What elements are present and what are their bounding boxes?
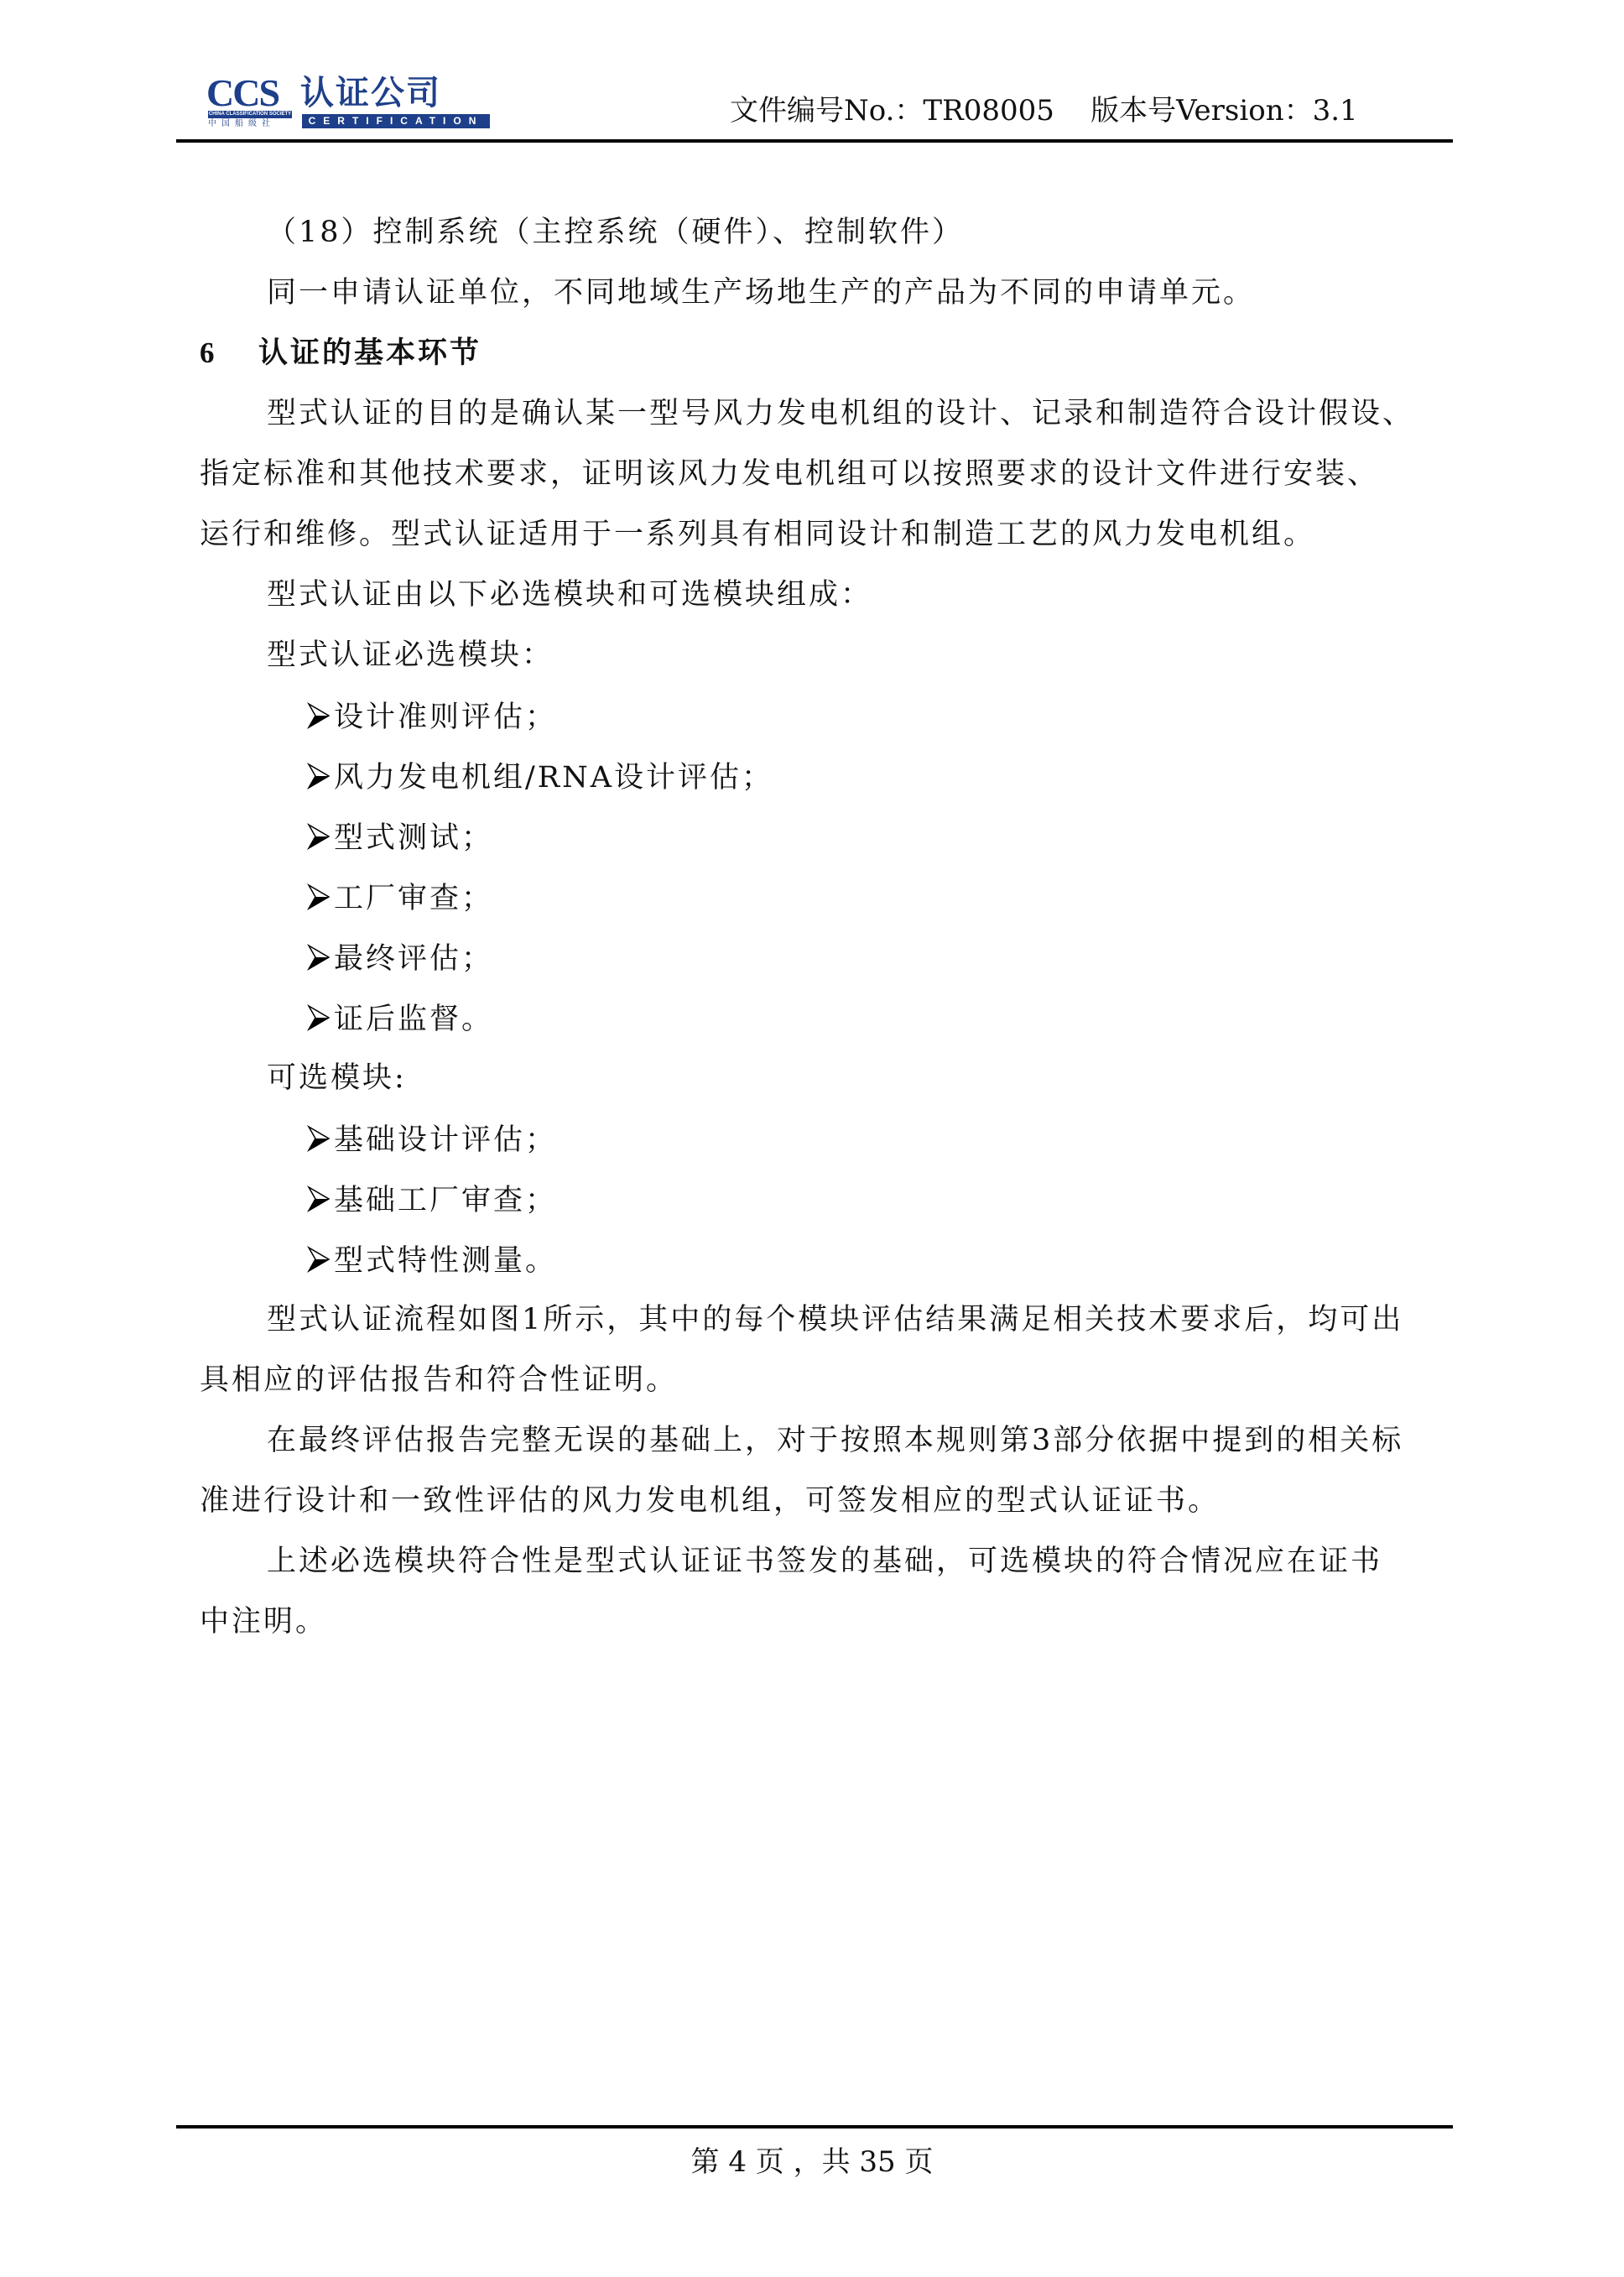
arrow-bullet-icon — [307, 701, 331, 730]
arrow-bullet-icon — [307, 1185, 331, 1213]
paragraph-line: 中注明。 — [200, 1604, 327, 1639]
footer-divider — [176, 2125, 1453, 2128]
optional-item: 基础设计评估； — [307, 1123, 557, 1158]
section-heading: 6认证的基本环节 — [200, 336, 481, 371]
mandatory-item: 最终评估； — [307, 941, 493, 977]
paragraph-line: 运行和维修。型式认证适用于一系列具有相同设计和制造工艺的风力发电机组。 — [200, 517, 1315, 552]
paragraph-line: 型式认证流程如图1所示，其中的每个模块评估结果满足相关技术要求后，均可出 — [267, 1302, 1403, 1337]
logo-company-cn: 认证公司 — [300, 76, 441, 111]
paragraph-line: 指定标准和其他技术要求，证明该风力发电机组可以按照要求的设计文件进行安装、 — [200, 456, 1379, 492]
mandatory-item: 证后监督。 — [307, 1002, 493, 1037]
header-divider — [176, 139, 1453, 143]
paragraph-line: 上述必选模块符合性是型式认证证书签发的基础，可选模块的符合情况应在证书 — [267, 1544, 1382, 1579]
logo-ccs-letters: CCS — [206, 74, 278, 112]
logo-company-en: CERTIFICATION — [302, 114, 490, 128]
optional-item: 基础工厂审查； — [307, 1183, 557, 1218]
arrow-bullet-icon — [307, 822, 331, 851]
mandatory-label: 型式认证必选模块： — [267, 638, 554, 673]
section-title: 认证的基本环节 — [258, 336, 481, 370]
arrow-bullet-icon — [307, 1003, 331, 1032]
arrow-bullet-icon — [307, 883, 331, 911]
paragraph-line: 在最终评估报告完整无误的基础上，对于按照本规则第3部分依据中提到的相关标 — [267, 1423, 1403, 1458]
arrow-bullet-icon — [307, 762, 331, 790]
document-page: CCS CHINA CLASSIFICATION SOCIETY 中国船级社 认… — [0, 0, 1624, 2277]
mandatory-item: 型式测试； — [307, 821, 493, 856]
document-number: 文件编号No.：TR08005 版本号Version：3.1 — [730, 94, 1358, 128]
page-number: 第 4 页 ，共 35 页 — [0, 2145, 1624, 2179]
ccs-certification-logo: CCS CHINA CLASSIFICATION SOCIETY 中国船级社 认… — [206, 74, 500, 133]
arrow-bullet-icon — [307, 943, 331, 972]
paragraph-line: 准进行设计和一致性评估的风力发电机组，可签发相应的型式认证证书。 — [200, 1483, 1220, 1519]
optional-label: 可选模块: — [267, 1060, 407, 1096]
logo-society-en: CHINA CLASSIFICATION SOCIETY — [208, 111, 292, 118]
section-number: 6 — [200, 336, 258, 371]
mandatory-item: 设计准则评估； — [307, 700, 557, 735]
arrow-bullet-icon — [307, 1245, 331, 1274]
unit-note: 同一申请认证单位，不同地域生产场地生产的产品为不同的申请单元。 — [267, 275, 1255, 310]
logo-society-cn: 中国船级社 — [208, 119, 275, 129]
composition-text: 型式认证由以下必选模块和可选模块组成： — [267, 577, 872, 612]
arrow-bullet-icon — [307, 1124, 331, 1153]
paragraph-line: 具相应的评估报告和符合性证明。 — [200, 1363, 678, 1398]
optional-item: 型式特性测量。 — [307, 1243, 557, 1279]
list-item-18: （18）控制系统（主控系统（硬件）、控制软件） — [267, 215, 964, 250]
paragraph-line: 型式认证的目的是确认某一型号风力发电机组的设计、记录和制造符合设计假设、 — [267, 396, 1414, 431]
mandatory-item: 风力发电机组/RNA设计评估； — [307, 760, 773, 795]
mandatory-item: 工厂审查； — [307, 881, 493, 916]
